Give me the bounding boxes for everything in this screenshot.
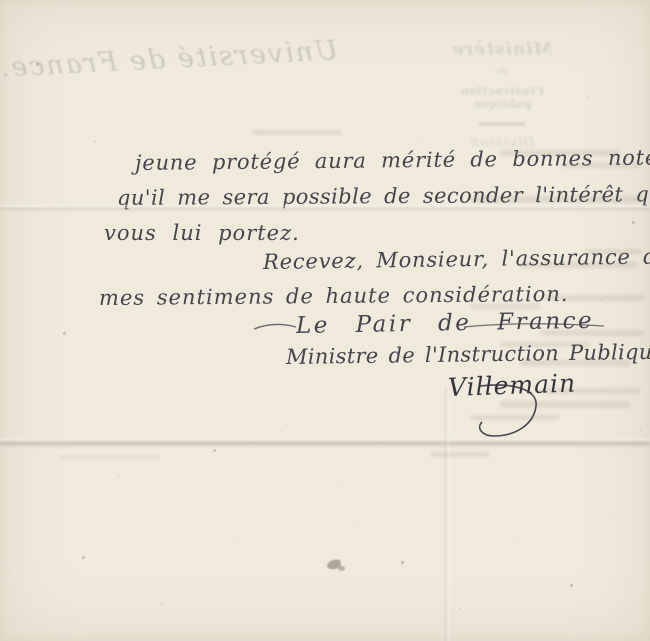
bleedthrough-ministry-line: l'Instruction publique bbox=[434, 85, 570, 111]
letter-closing-line-2: mes sentimens de haute considération. bbox=[99, 282, 569, 310]
bleedthrough-ministry-line: Ministère bbox=[434, 40, 570, 60]
signature: Villemain bbox=[447, 369, 576, 402]
bleedthrough-rule bbox=[479, 123, 525, 125]
letter-title-ministre: Ministre de l'Instruction Publique. bbox=[286, 340, 650, 369]
fold-crease-vertical bbox=[444, 388, 450, 641]
bleedthrough-ministry-block: Ministère de l'Instruction publique Divi… bbox=[434, 40, 570, 151]
letter-line-3: vous lui portez. bbox=[104, 221, 300, 245]
fold-crease-horizontal-upper bbox=[0, 205, 650, 212]
fold-crease-horizontal-lower bbox=[0, 439, 650, 449]
letter-line-1: jeune protégé aura mérité de bonnes note… bbox=[135, 145, 650, 175]
letter-title-pair-de-france: Le Pair de France bbox=[296, 308, 595, 339]
bleedthrough-smudge bbox=[60, 455, 160, 459]
letter-closing-line-1: Recevez, Monsieur, l'assurance de bbox=[263, 244, 650, 274]
bleedthrough-university-header: Université de France. bbox=[3, 35, 338, 83]
bleedthrough-smudge bbox=[470, 415, 560, 420]
ink-stain bbox=[338, 566, 345, 571]
letter-page: Université de France. Ministère de l'Ins… bbox=[0, 0, 650, 641]
bleedthrough-smudge bbox=[252, 130, 342, 135]
bleedthrough-smudge bbox=[500, 401, 630, 408]
paper-dust-specks bbox=[0, 0, 1, 1]
bleedthrough-smudge bbox=[430, 452, 490, 457]
bleedthrough-ministry-line: de bbox=[434, 66, 570, 77]
